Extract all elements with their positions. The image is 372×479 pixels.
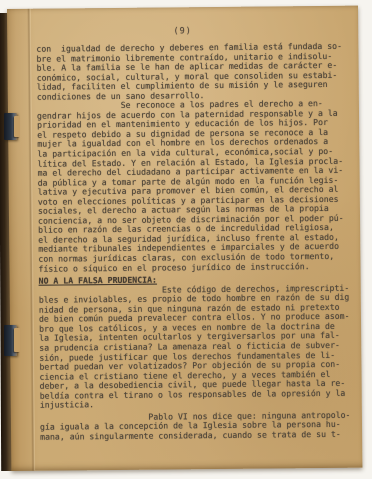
typewritten-text: con igualdad de derecho y deberes en fam… [36,42,358,442]
text-line: físico o síquico en el proceso jurídico … [38,261,356,274]
text-line: injusticia. [40,398,358,411]
staple-top [4,113,17,140]
paragraph: Este código de derechos, imprescripti-bl… [39,283,358,410]
text-line: mana, aún singularmente considerada, cua… [40,430,358,443]
paragraph: Se reconoce a los padres el derecho a en… [37,99,357,274]
page-number: (9) [7,25,358,38]
staple-bottom [4,325,17,356]
document-page: (9) con igualdad de derecho y deberes en… [7,6,362,471]
paragraph: con igualdad de derecho y deberes en fam… [36,42,355,102]
scanned-page-background: (9) con igualdad de derecho y deberes en… [0,0,372,479]
paragraph: Pablo VI nos dice que: ninguna antropolo… [40,410,358,442]
page-crease [27,9,35,471]
